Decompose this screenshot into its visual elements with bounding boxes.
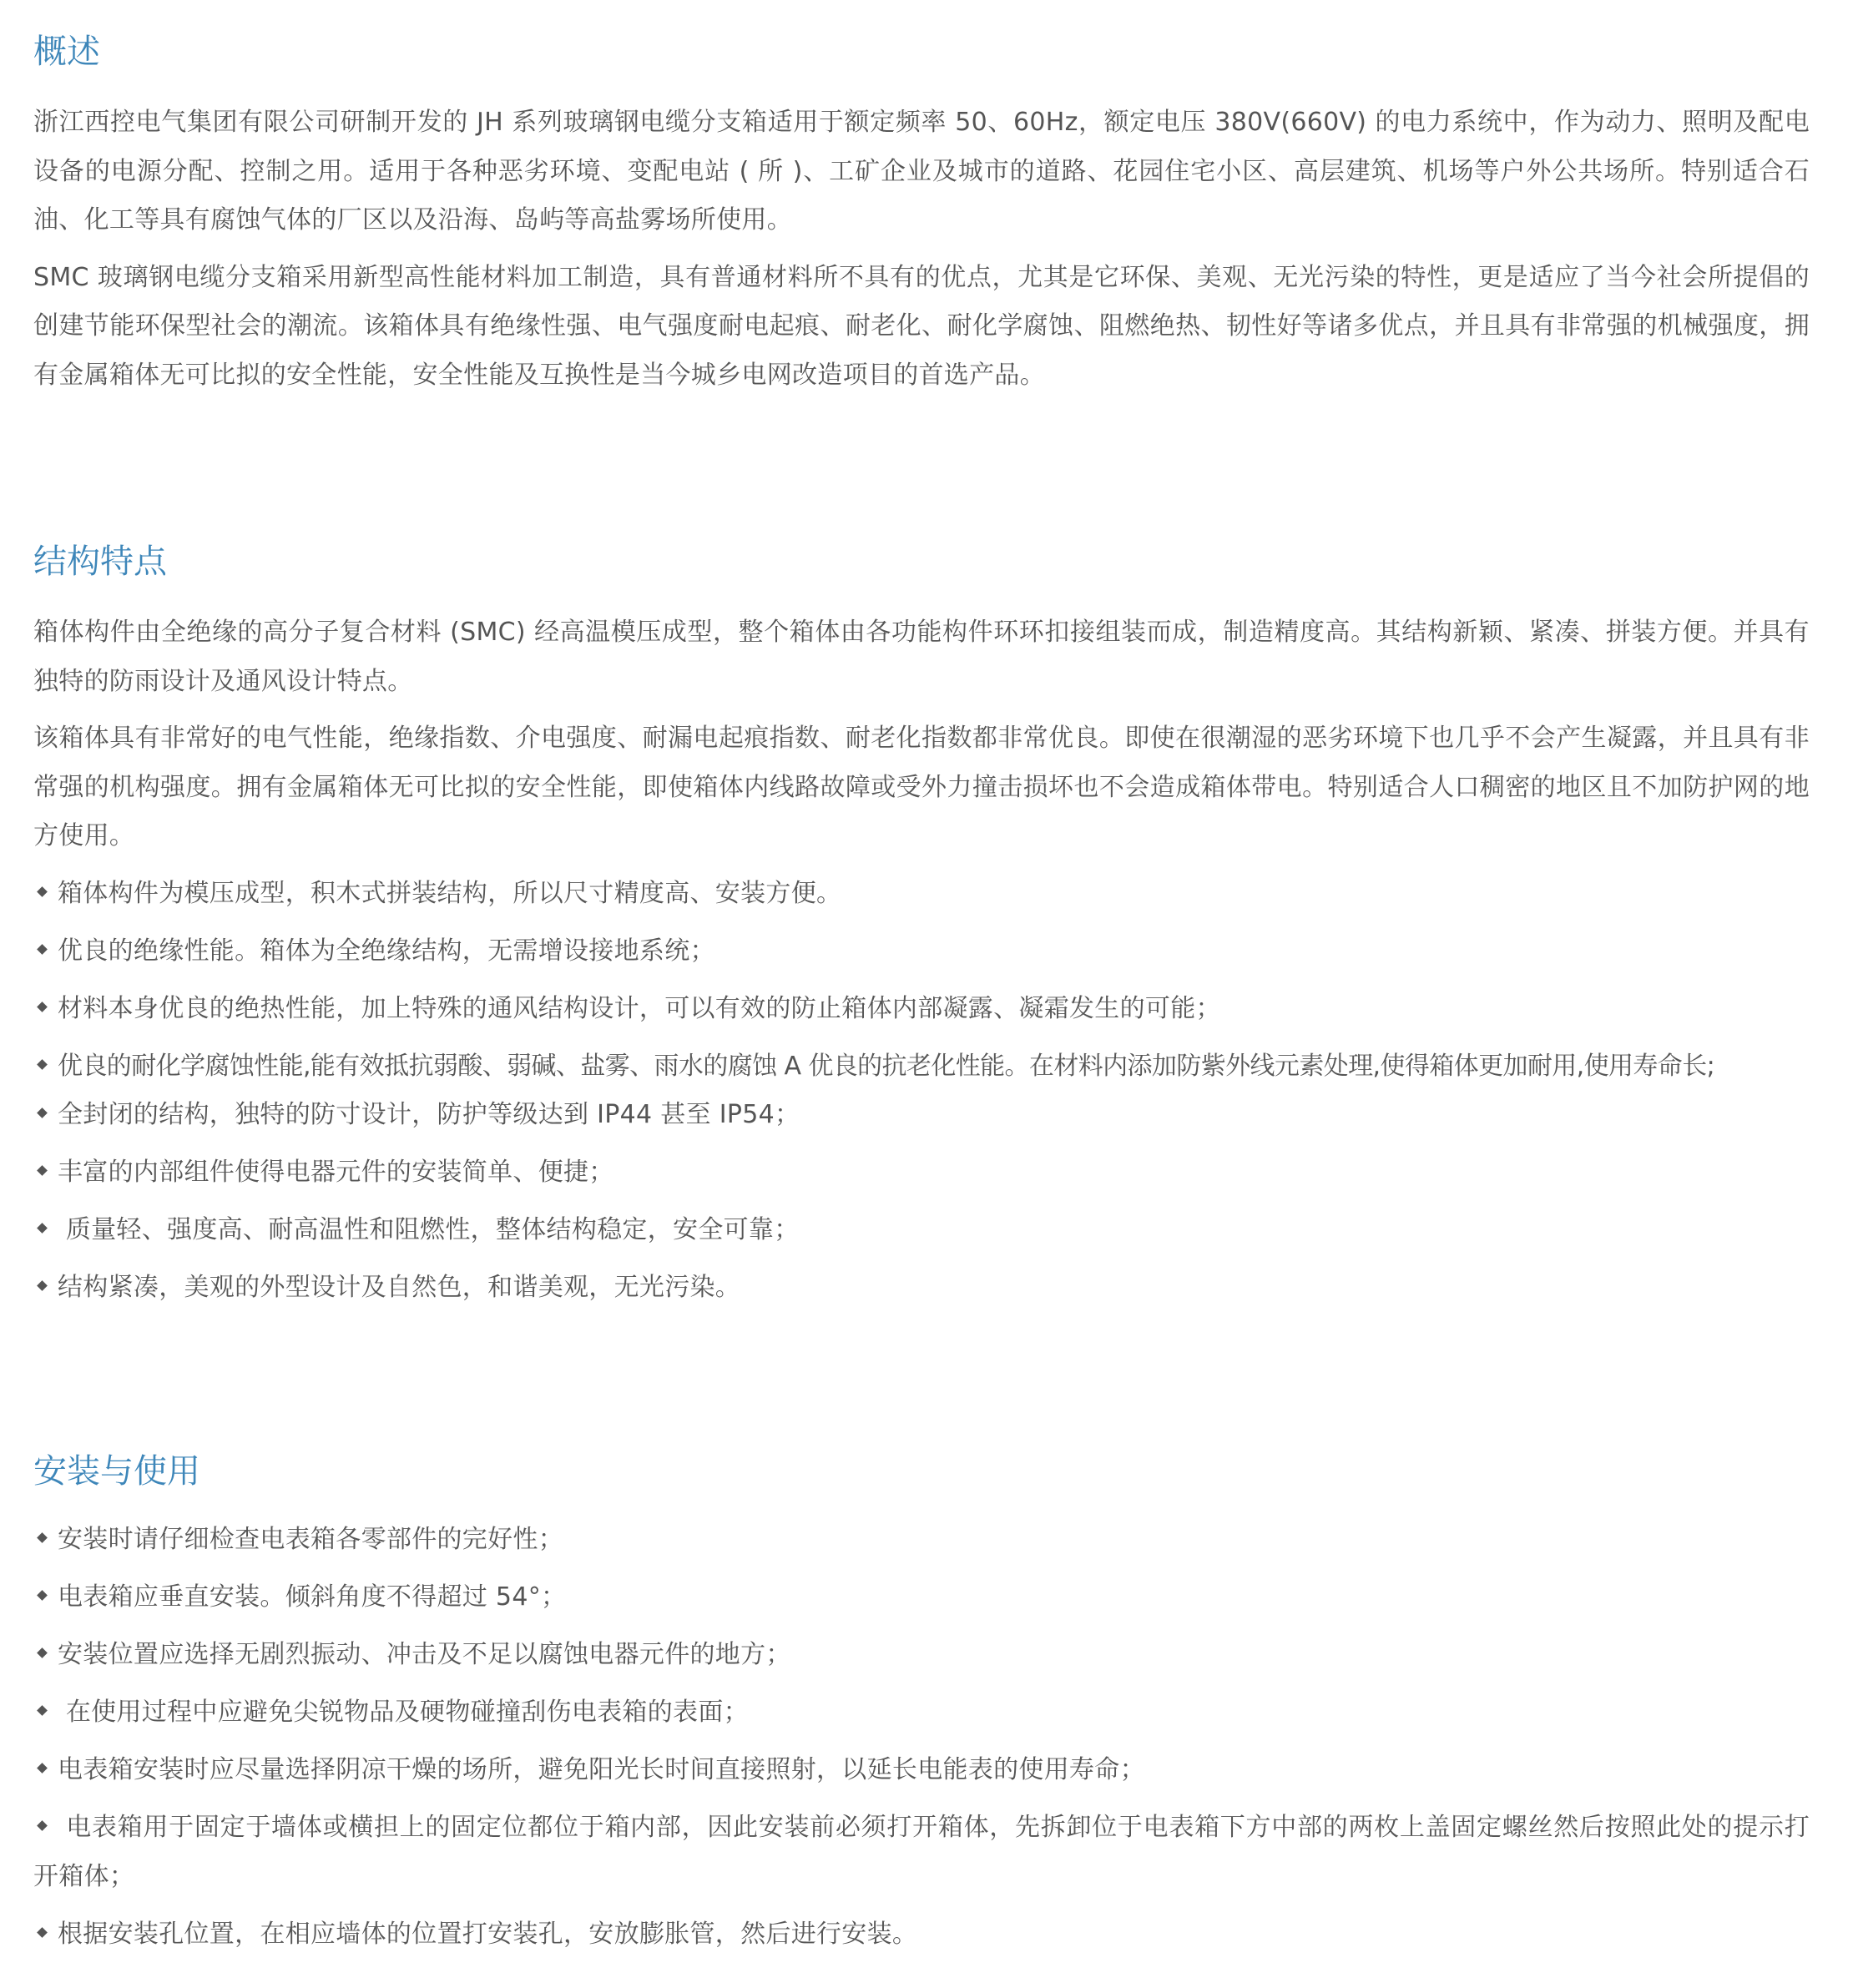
list-item: 丰富的内部组件使得电器元件的安装简单、便捷； (33, 1148, 1810, 1198)
diamond-bullet-icon (37, 1705, 48, 1716)
structure-feature-list: 箱体构件为模压成型，积木式拼装结构，所以尺寸精度高、安装方便。 优良的绝缘性能。… (33, 870, 1810, 1313)
list-item-text: 全封闭的结构，独特的防寸设计，防护等级达到 IP44 甚至 IP54； (58, 1100, 800, 1129)
list-item-text: 电表箱用于固定于墙体或横担上的固定位都位于箱内部，因此安装前必须打开箱体，先拆卸… (33, 1813, 1810, 1891)
list-item-text: 根据安装孔位置，在相应墙体的位置打安装孔，安放膨胀管，然后进行安装。 (58, 1920, 917, 1949)
list-item-text: 优良的绝缘性能。箱体为全绝缘结构，无需增设接地系统； (58, 936, 715, 966)
diamond-bullet-icon (37, 886, 48, 897)
list-item-text: 安装位置应选择无剧烈振动、冲击及不足以腐蚀电器元件的地方； (58, 1640, 791, 1669)
list-item: 电表箱安装时应尽量选择阴凉干燥的场所，避免阳光长时间直接照射，以延长电能表的使用… (33, 1746, 1810, 1795)
list-item: 优良的耐化学腐蚀性能,能有效抵抗弱酸、弱碱、盐雾、雨水的腐蚀 A 优良的抗老化性… (33, 1042, 1810, 1092)
diamond-bullet-icon (37, 1763, 48, 1774)
list-item-text: 箱体构件为模压成型，积木式拼装结构，所以尺寸精度高、安装方便。 (58, 879, 841, 908)
list-item-text: 优良的耐化学腐蚀性能,能有效抵抗弱酸、弱碱、盐雾、雨水的腐蚀 A 优良的抗老化性… (58, 1052, 1714, 1081)
diamond-bullet-icon (37, 1108, 48, 1118)
section-title-structure-features: 结构特点 (33, 538, 1810, 585)
diamond-bullet-icon (37, 1223, 48, 1234)
diamond-bullet-icon (37, 1820, 48, 1831)
list-item: 质量轻、强度高、耐高温性和阻燃性，整体结构稳定，安全可靠； (33, 1206, 1810, 1255)
list-item: 全封闭的结构，独特的防寸设计，防护等级达到 IP44 甚至 IP54； (33, 1091, 1810, 1140)
list-item-text: 在使用过程中应避免尖锐物品及硬物碰撞刮伤电表箱的表面； (58, 1698, 749, 1727)
list-item-text: 电表箱应垂直安装。倾斜角度不得超过 54°； (58, 1582, 566, 1612)
section-title-overview: 概述 (33, 28, 1810, 75)
section-installation-usage: 安装与使用 安装时请仔细检查电表箱各零部件的完好性； 电表箱应垂直安装。倾斜角度… (33, 1448, 1810, 1968)
diamond-bullet-icon (37, 1165, 48, 1176)
diamond-bullet-icon (37, 1059, 48, 1070)
diamond-bullet-icon (37, 1590, 48, 1601)
list-item-text: 材料本身优良的绝热性能，加上特殊的通风结构设计，可以有效的防止箱体内部凝露、凝霜… (58, 994, 1221, 1023)
diamond-bullet-icon (37, 1927, 48, 1938)
overview-paragraph-1: 浙江西控电气集团有限公司研制开发的 JH 系列玻璃钢电缆分支箱适用于额定频率 5… (33, 98, 1810, 245)
list-item: 在使用过程中应避免尖锐物品及硬物碰撞刮伤电表箱的表面； (33, 1688, 1810, 1738)
list-item: 电表箱用于固定于墙体或横担上的固定位都位于箱内部，因此安装前必须打开箱体，先拆卸… (33, 1804, 1810, 1901)
list-item: 箱体构件为模压成型，积木式拼装结构，所以尺寸精度高、安装方便。 (33, 870, 1810, 919)
section-title-installation-usage: 安装与使用 (33, 1448, 1810, 1495)
list-item-text: 质量轻、强度高、耐高温性和阻燃性，整体结构稳定，安全可靠； (58, 1215, 800, 1244)
diamond-bullet-icon (37, 944, 48, 955)
installation-instruction-list: 安装时请仔细检查电表箱各零部件的完好性； 电表箱应垂直安装。倾斜角度不得超过 5… (33, 1516, 1810, 1959)
list-item: 根据安装孔位置，在相应墙体的位置打安装孔，安放膨胀管，然后进行安装。 (33, 1910, 1810, 1960)
list-item-text: 安装时请仔细检查电表箱各零部件的完好性； (58, 1525, 563, 1554)
structure-paragraph-2: 该箱体具有非常好的电气性能，绝缘指数、介电强度、耐漏电起痕指数、耐老化指数都非常… (33, 714, 1810, 861)
structure-paragraph-1: 箱体构件由全绝缘的高分子复合材料 (SMC) 经高温模压成型，整个箱体由各功能构… (33, 608, 1810, 706)
list-item-text: 结构紧凑，美观的外型设计及自然色，和谐美观，无光污染。 (58, 1273, 740, 1302)
list-item: 安装位置应选择无剧烈振动、冲击及不足以腐蚀电器元件的地方； (33, 1631, 1810, 1680)
overview-paragraph-2: SMC 玻璃钢电缆分支箱采用新型高性能材料加工制造，具有普通材料所不具有的优点，… (33, 254, 1810, 401)
section-structure-features: 结构特点 箱体构件由全绝缘的高分子复合材料 (SMC) 经高温模压成型，整个箱体… (33, 538, 1810, 1321)
list-item-text: 电表箱安装时应尽量选择阴凉干燥的场所，避免阳光长时间直接照射，以延长电能表的使用… (58, 1755, 1145, 1784)
list-item: 结构紧凑，美观的外型设计及自然色，和谐美观，无光污染。 (33, 1264, 1810, 1313)
diamond-bullet-icon (37, 1532, 48, 1543)
list-item-text: 丰富的内部组件使得电器元件的安装简单、便捷； (58, 1158, 614, 1187)
diamond-bullet-icon (37, 1002, 48, 1012)
diamond-bullet-icon (37, 1280, 48, 1291)
list-item: 优良的绝缘性能。箱体为全绝缘结构，无需增设接地系统； (33, 927, 1810, 976)
diamond-bullet-icon (37, 1647, 48, 1658)
list-item: 电表箱应垂直安装。倾斜角度不得超过 54°； (33, 1573, 1810, 1622)
section-overview: 概述 浙江西控电气集团有限公司研制开发的 JH 系列玻璃钢电缆分支箱适用于额定频… (33, 28, 1810, 408)
list-item: 材料本身优良的绝热性能，加上特殊的通风结构设计，可以有效的防止箱体内部凝露、凝霜… (33, 985, 1810, 1034)
list-item: 安装时请仔细检查电表箱各零部件的完好性； (33, 1516, 1810, 1565)
